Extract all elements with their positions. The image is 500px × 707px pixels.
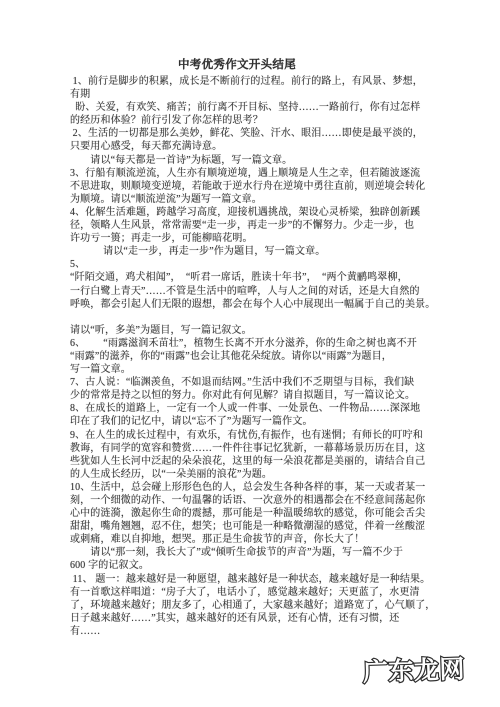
text-line: 1、前行是脚步的积累，成长是不断前行的过程。前行的路上，有风景、梦想，	[70, 75, 444, 88]
text-line: 有一首歌这样唱道：“房子大了，电话小了，感觉越来越好；天更蓝了，水更清	[70, 586, 444, 599]
text-line: “雨露”的滋养，你的“雨露”也会让其他花朵绽放。请你以“雨露”为题目，	[70, 350, 444, 363]
text-line: 只要用心感受，每天都充满诗意。	[70, 140, 444, 153]
text-line: 600 字的记叙文。	[70, 559, 444, 572]
text-line: 8、在成长的道路上，一定有一个人或一件事、一处景色、一件物品……深深地	[70, 402, 444, 415]
text-line: 径，领略人生风景，常常需要“走一步，再走一步”的不懈努力。少走一步，也	[70, 219, 444, 232]
text-line: 11、 题一：越来越好是一种愿望，越来越好是一种状态，越来越好是一种结果。	[70, 573, 444, 586]
text-line: 的经历和体验？前行引发了你怎样的思考？	[70, 114, 444, 127]
document-body: 1、前行是脚步的积累，成长是不断前行的过程。前行的路上，有风景、梦想，有期 盼、…	[70, 75, 444, 638]
text-line	[70, 311, 444, 324]
text-line: 7、古人说：“临渊羡鱼，不如退而结网。”生活中我们不乏期望与目标，我们缺	[70, 376, 444, 389]
text-line: 盼、关爱，有欢笑、痛苦；前行离不开目标、坚持……一路前行，你有过怎样	[70, 101, 444, 114]
text-line: 写一篇文章。	[70, 363, 444, 376]
text-line: 或刺痛，难以自抑地，想哭。那正是生命拔节的声音，你长大了！	[70, 533, 444, 546]
text-line: 请以“每天都是一首诗”为标题，写一篇文章。	[70, 154, 444, 167]
text-line: 6、 “雨露滋润禾苗壮”，植物生长离不开水分滋养，你的生命之树也离不开	[70, 337, 444, 350]
watermark-guangdong-long-net: 广东龙网	[363, 655, 466, 687]
text-line: 9、在人生的成长过程中，有欢乐，有忧伤,有振作，也有迷惘；有师长的叮咛和	[70, 429, 444, 442]
text-line: 许功亏一篑；再走一步，可能柳暗花明。	[70, 232, 444, 245]
text-line: 有期	[70, 88, 444, 101]
text-line: 请以“那一刻，我长大了”或“倾听生命拔节的声音”为题，写一篇不少于	[70, 546, 444, 559]
text-line: 呼唤，都会引起人们无限的遐想，都会在每个人心中展现出一幅属于自己的美景。	[70, 298, 444, 311]
text-line: 有……	[70, 625, 444, 638]
text-line: 3、行船有顺流逆流，人生亦有顺境逆境，遇上顺境是人生之幸，但若随波逐流	[70, 167, 444, 180]
text-line: 印在了我们的记忆中，请以“忘不了”为题写一篇作文。	[70, 415, 444, 428]
text-line: 请以“走一步，再走一步”作为题目，写一篇文章。	[70, 245, 444, 258]
text-line: “阡陌交通，鸡犬相闻”， “听君一席话，胜读十年书”， “两个黄鹂鸣翠柳，	[70, 271, 444, 284]
text-line: 为顺境。请以“顺流逆流”为题写一篇文章。	[70, 193, 444, 206]
text-line: 10、生活中，总会碰上形形色色的人，总会发生各种各样的事，某一天或者某一	[70, 481, 444, 494]
document-title: 中考优秀作文开头结尾	[0, 56, 474, 72]
text-line: 不思进取，则顺境变逆境，若能敢于逆水行舟在逆境中勇往直前，则逆境会转化	[70, 180, 444, 193]
text-line: 甜甜，嘴角翘翘，忍不住，想笑；也可能是一种略微潮湿的感觉，伴着一丝酸涩	[70, 520, 444, 533]
text-line: 2、生活的一切都是那么美妙，鲜花、笑脸、汗水、眼泪……即使是最平淡的，	[70, 127, 444, 140]
text-line: 了，环境越来越好；朋友多了，心相通了，大家越来越好；道路宽了，心气顺了，	[70, 599, 444, 612]
text-line: 5、	[70, 258, 444, 271]
text-line: 教诲，有同学的宽容和赞赏……一件件往事记忆犹新，一幕幕场景历历在目，这	[70, 442, 444, 455]
text-line: 刻，一个细微的动作、一句温馨的话语、一次意外的相遇都会在不经意间荡起你	[70, 494, 444, 507]
text-line: 的人生成长经历，以“一朵美丽的浪花”为题。	[70, 468, 444, 481]
text-line: 日子越来越好……”其实，越来越好的还有风景，还有心情，还有习惯，还	[70, 612, 444, 625]
text-line: 心中的涟漪，激起你生命的震撼，那可能是一种温暖绵软的感觉，你可能会舌尖	[70, 507, 444, 520]
text-line: 些犹如人生长河中泛起的朵朵浪花，这里的每一朵浪花都是美丽的，请结合自己	[70, 455, 444, 468]
text-line: 一行白鹭上青天”……不管是生活中的喧哗，人与人之间的对话，还是大自然的	[70, 285, 444, 298]
text-line: 少的常常是持之以恒的努力。你对此有何见解？请自拟题目，写一篇议论文。	[70, 389, 444, 402]
document-page: 中考优秀作文开头结尾 1、前行是脚步的积累，成长是不断前行的过程。前行的路上，有…	[0, 0, 500, 707]
text-line: 4、化解生活难题，跨越学习高度，迎接机遇挑战，架设心灵桥梁，独辟创新蹊	[70, 206, 444, 219]
text-line: 请以“听，多美”为题目，写一篇记叙文。	[70, 324, 444, 337]
